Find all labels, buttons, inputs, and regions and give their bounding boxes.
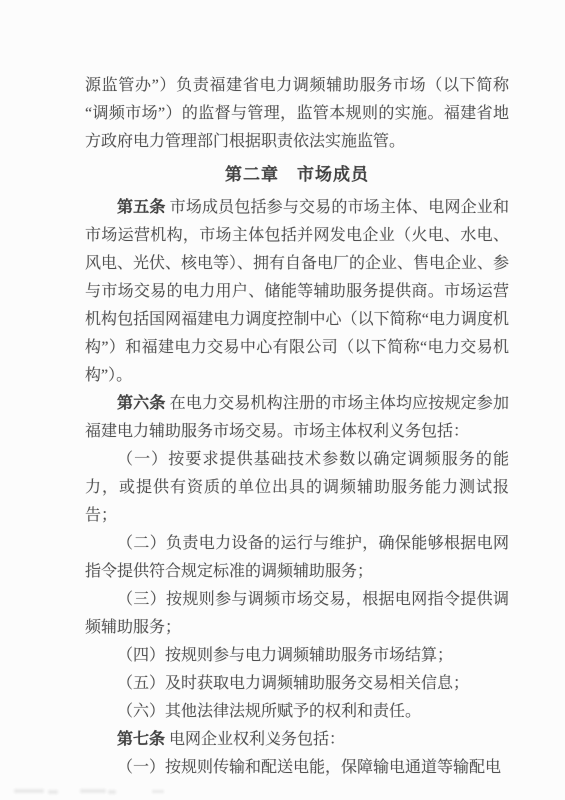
scan-smudge	[14, 789, 44, 793]
scan-smudge	[152, 790, 164, 793]
paragraph: （四）按规则参与电力调频辅助服务市场结算；	[85, 642, 509, 670]
scan-smudge	[108, 790, 116, 794]
paragraph: （六）其他法律法规所赋予的权利和责任。	[85, 698, 509, 726]
article-number: 第五条	[117, 199, 166, 216]
paragraph: 第五条 市场成员包括参与交易的市场主体、电网企业和市场运营机构，市场主体包括并网…	[85, 194, 509, 390]
document-body: 源监管办”）负责福建省电力调频辅助服务市场（以下简称“调频市场”）的监督与管理，…	[85, 72, 509, 782]
page-number: 2	[0, 730, 555, 746]
paragraph: （一）按要求提供基础技术参数以确定调频服务的能力，或提供有资质的单位出具的调频辅…	[85, 446, 509, 530]
document-page: 源监管办”）负责福建省电力调频辅助服务市场（以下简称“调频市场”）的监督与管理，…	[0, 0, 565, 800]
paragraph: （一）按规则传输和配送电能，保障输电通道等输配电	[85, 754, 509, 782]
paragraph: 源监管办”）负责福建省电力调频辅助服务市场（以下简称“调频市场”）的监督与管理，…	[85, 72, 509, 156]
scan-smudge	[48, 790, 58, 794]
scan-smudge	[80, 789, 106, 793]
paragraph: 第六条 在电力交易机构注册的市场主体均应按规定参加福建电力辅助服务市场交易。市场…	[85, 390, 509, 446]
paragraph: （三）按规则参与调频市场交易，根据电网指令提供调频辅助服务；	[85, 586, 509, 642]
chapter-heading: 第二章 市场成员	[85, 161, 509, 189]
paragraph: （五）及时获取电力调频辅助服务交易相关信息；	[85, 670, 509, 698]
paragraph: （二）负责电力设备的运行与维护，确保能够根据电网指令提供符合规定标准的调频辅助服…	[85, 530, 509, 586]
article-number: 第六条	[117, 395, 166, 412]
